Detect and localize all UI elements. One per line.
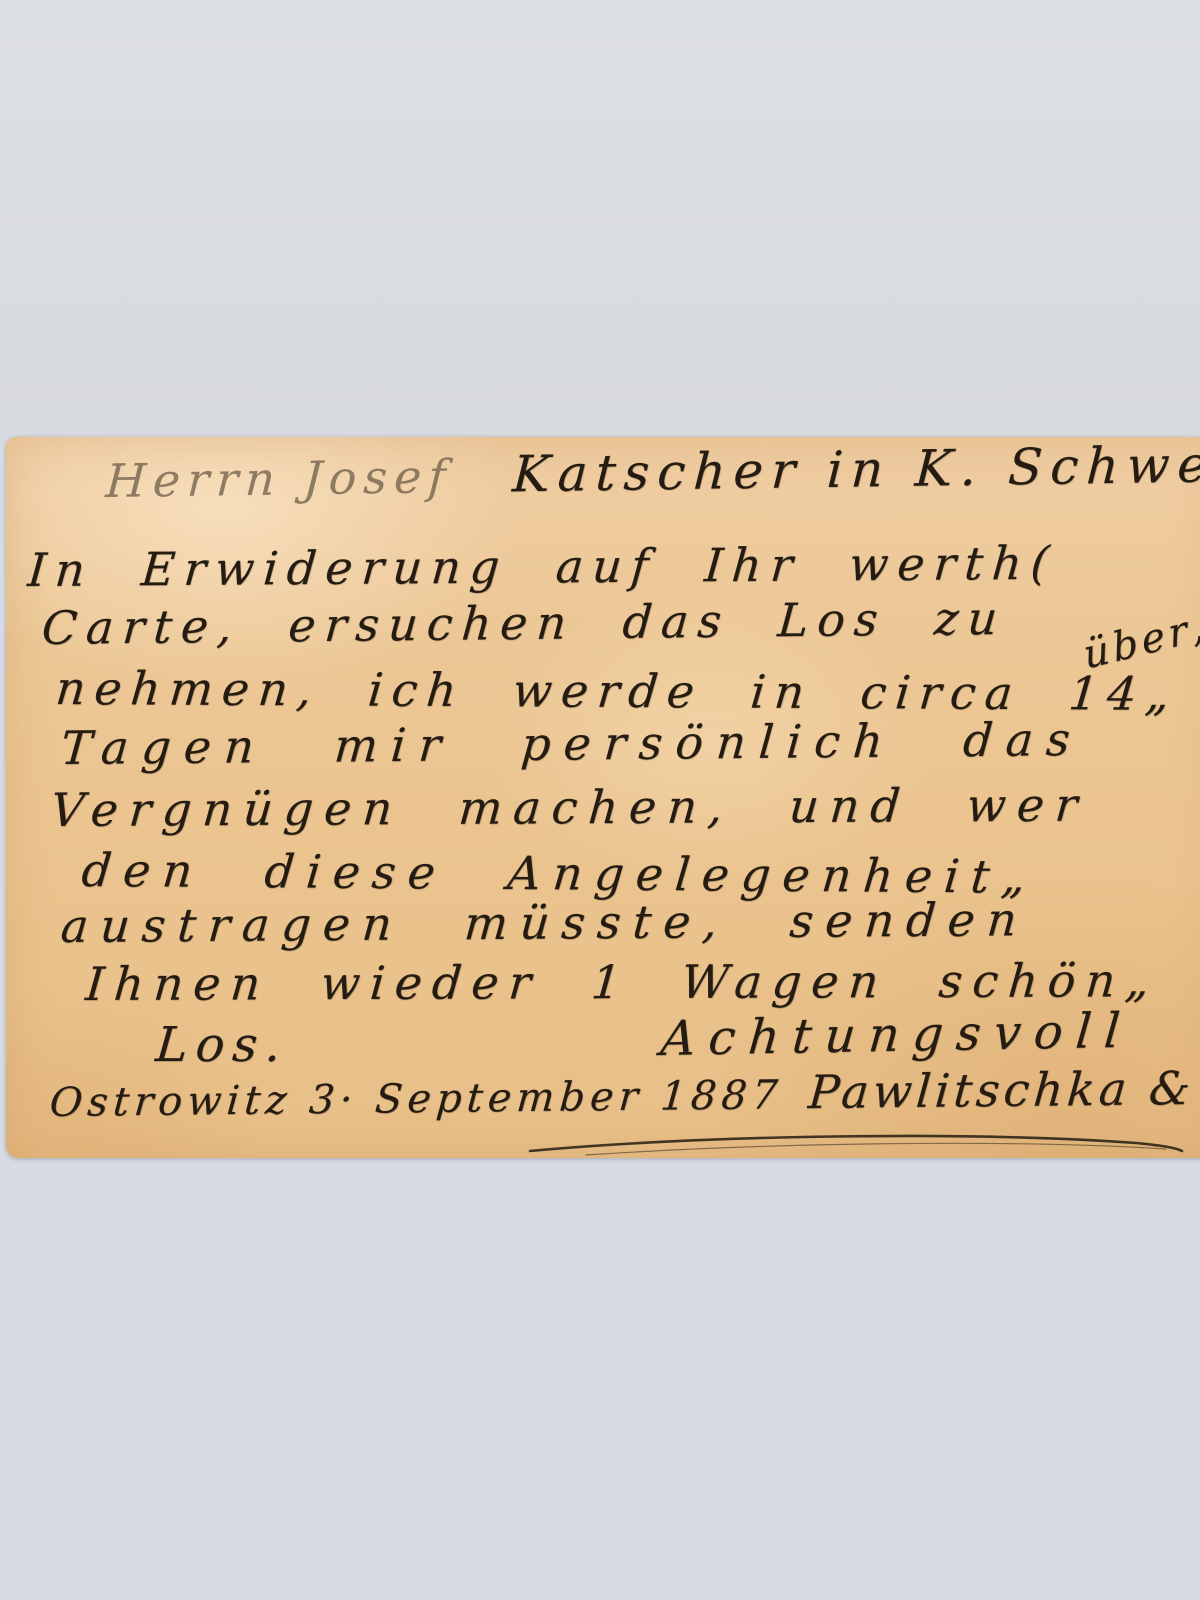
scan-background: Herrn JosefKatscher in K. Schwechat In E… (0, 0, 1200, 1600)
dateline: Ostrowitz 3· September 1887 (48, 1072, 784, 1126)
address-line: Herrn JosefKatscher in K. Schwechat (104, 434, 1200, 510)
body-line-7: austragen müsste, senden (59, 892, 1031, 953)
signature: Pawlitschka & Söhne (807, 1059, 1200, 1119)
body-line-2: Carte, ersuchen das Los zu (40, 591, 1008, 655)
body-line-8: Ihnen wieder 1 Wagen schön„ (84, 953, 1162, 1011)
signature-flourish (526, 1129, 1186, 1157)
address-ink-text: Katscher in K. Schwechat (511, 434, 1200, 504)
postcard-paper: Herrn JosefKatscher in K. Schwechat In E… (6, 437, 1200, 1158)
address-pencil-text: Herrn Josef (104, 449, 454, 508)
body-line-5: Vergnügen machen, und wer (49, 778, 1091, 837)
closing-word: Los. (154, 1017, 292, 1073)
valediction: Achtungsvoll (659, 1003, 1135, 1067)
body-line-1: In Erwiderung auf Ihr werth( (26, 536, 1060, 597)
body-line-4: Tagen mir persönlich das (59, 712, 1085, 775)
